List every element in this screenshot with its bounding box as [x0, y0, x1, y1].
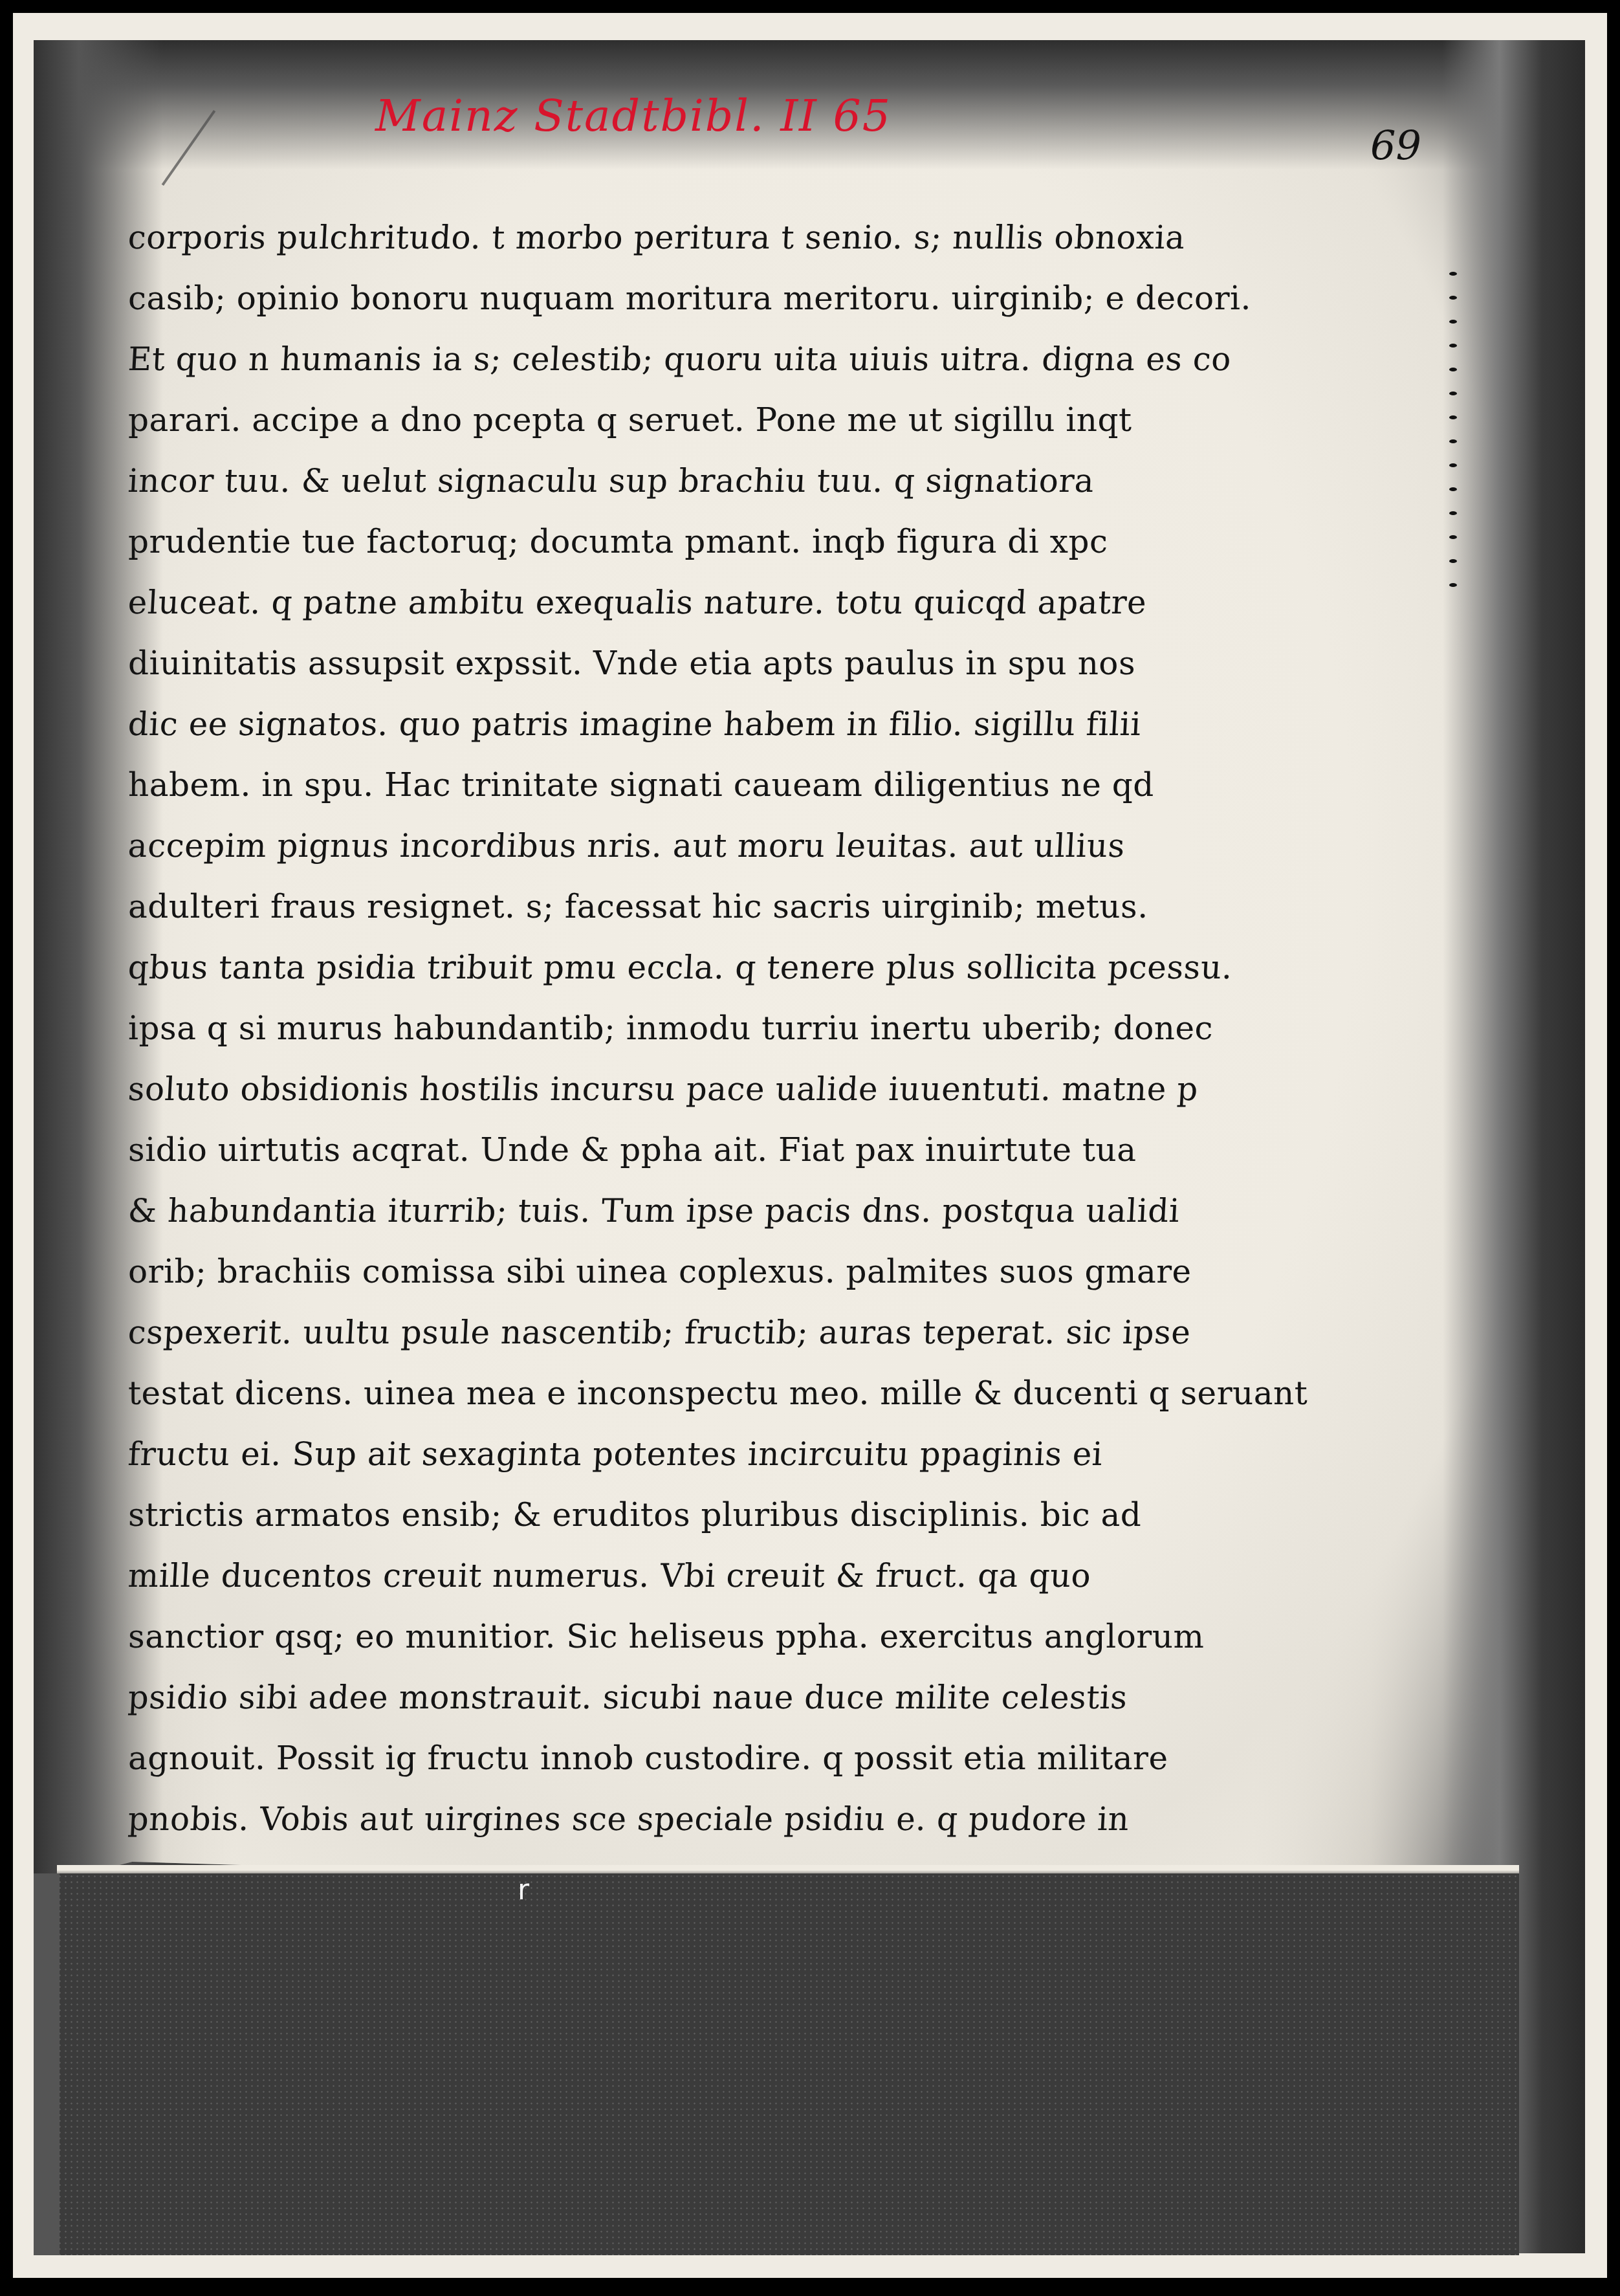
text-line: adulteri fraus resignet. s; facessat hic… [128, 876, 1331, 937]
manuscript-text: corporis pulchritudo. t morbo peritura t… [128, 207, 1331, 1910]
text-line: psidio sibi adee monstrauit. sicubi naue… [127, 1667, 1333, 1728]
prick-mark-icon [1449, 559, 1457, 563]
text-line: mille ducentos creuit numerus. Vbi creui… [127, 1545, 1333, 1606]
text-line: strictis armatos ensib; & eruditos pluri… [128, 1485, 1331, 1545]
prick-mark-icon [1449, 296, 1457, 300]
text-line: corporis pulchritudo. t morbo peritura t… [127, 207, 1333, 268]
text-line: diuinitatis assupsit expssit. Vnde etia … [128, 633, 1331, 694]
text-line: dic ee signatos. quo patris imagine habe… [127, 694, 1333, 755]
prick-mark-icon [1449, 392, 1457, 395]
text-line: sidio uirtutis acqrat. Unde & ppha ait. … [128, 1120, 1331, 1180]
text-line: qbus tanta psidia tribuit pmu eccla. q t… [127, 937, 1333, 998]
text-line: parari. accipe a dno pcepta q seruet. Po… [128, 390, 1331, 450]
dark-lower-area [57, 1873, 1519, 2255]
text-line: incor tuu. & uelut signaculu sup brachiu… [127, 450, 1333, 511]
text-line: orib; brachiis comissa sibi uinea coplex… [128, 1241, 1331, 1302]
prick-mark-icon [1449, 272, 1457, 276]
prick-mark-icon [1449, 487, 1457, 491]
text-line: habem. in spu. Hac trinitate signati cau… [128, 755, 1331, 815]
prick-mark-icon [1449, 344, 1457, 348]
prick-mark-icon [1449, 535, 1457, 539]
text-line: casib; opinio bonoru nuquam moritura mer… [128, 268, 1331, 329]
folio-number: 69 [1370, 122, 1421, 169]
text-line: fructu ei. Sup ait sexaginta potentes in… [127, 1424, 1333, 1485]
prick-mark-icon [1449, 415, 1457, 419]
prick-mark-icon [1449, 439, 1457, 443]
text-line: prudentie tue factoruq; documta pmant. i… [128, 511, 1331, 572]
text-line: agnouit. Possit ig fructu innob custodir… [128, 1728, 1331, 1789]
lower-area-mark: r [518, 1873, 529, 1906]
text-line: accepim pignus incordibus nris. aut moru… [127, 815, 1333, 876]
prick-mark-icon [1449, 368, 1457, 371]
shelfmark-annotation: Mainz Stadtbibl. II 65 [375, 91, 892, 142]
text-line: testat dicens. uinea mea e inconspectu m… [128, 1363, 1331, 1424]
text-line: pnobis. Vobis aut uirgines sce speciale … [127, 1789, 1333, 1849]
text-line: & habundantia iturrib; tuis. Tum ipse pa… [127, 1180, 1333, 1241]
text-line: Et quo n humanis ia s; celestib; quoru u… [127, 329, 1333, 390]
margin-prick-marks [1449, 272, 1457, 607]
text-line: sanctior qsq; eo munitior. Sic heliseus … [128, 1606, 1331, 1667]
prick-mark-icon [1449, 463, 1457, 467]
text-line: eluceat. q patne ambitu exequalis nature… [127, 572, 1333, 633]
prick-mark-icon [1449, 511, 1457, 515]
prick-mark-icon [1449, 583, 1457, 587]
text-line: soluto obsidionis hostilis incursu pace … [127, 1059, 1333, 1120]
left-binding-strip [34, 1873, 60, 2255]
text-line: ipsa q si murus habundantib; inmodu turr… [128, 998, 1331, 1059]
text-line: cspexerit. uultu psule nascentib; fructi… [127, 1302, 1333, 1363]
prick-mark-icon [1449, 320, 1457, 324]
